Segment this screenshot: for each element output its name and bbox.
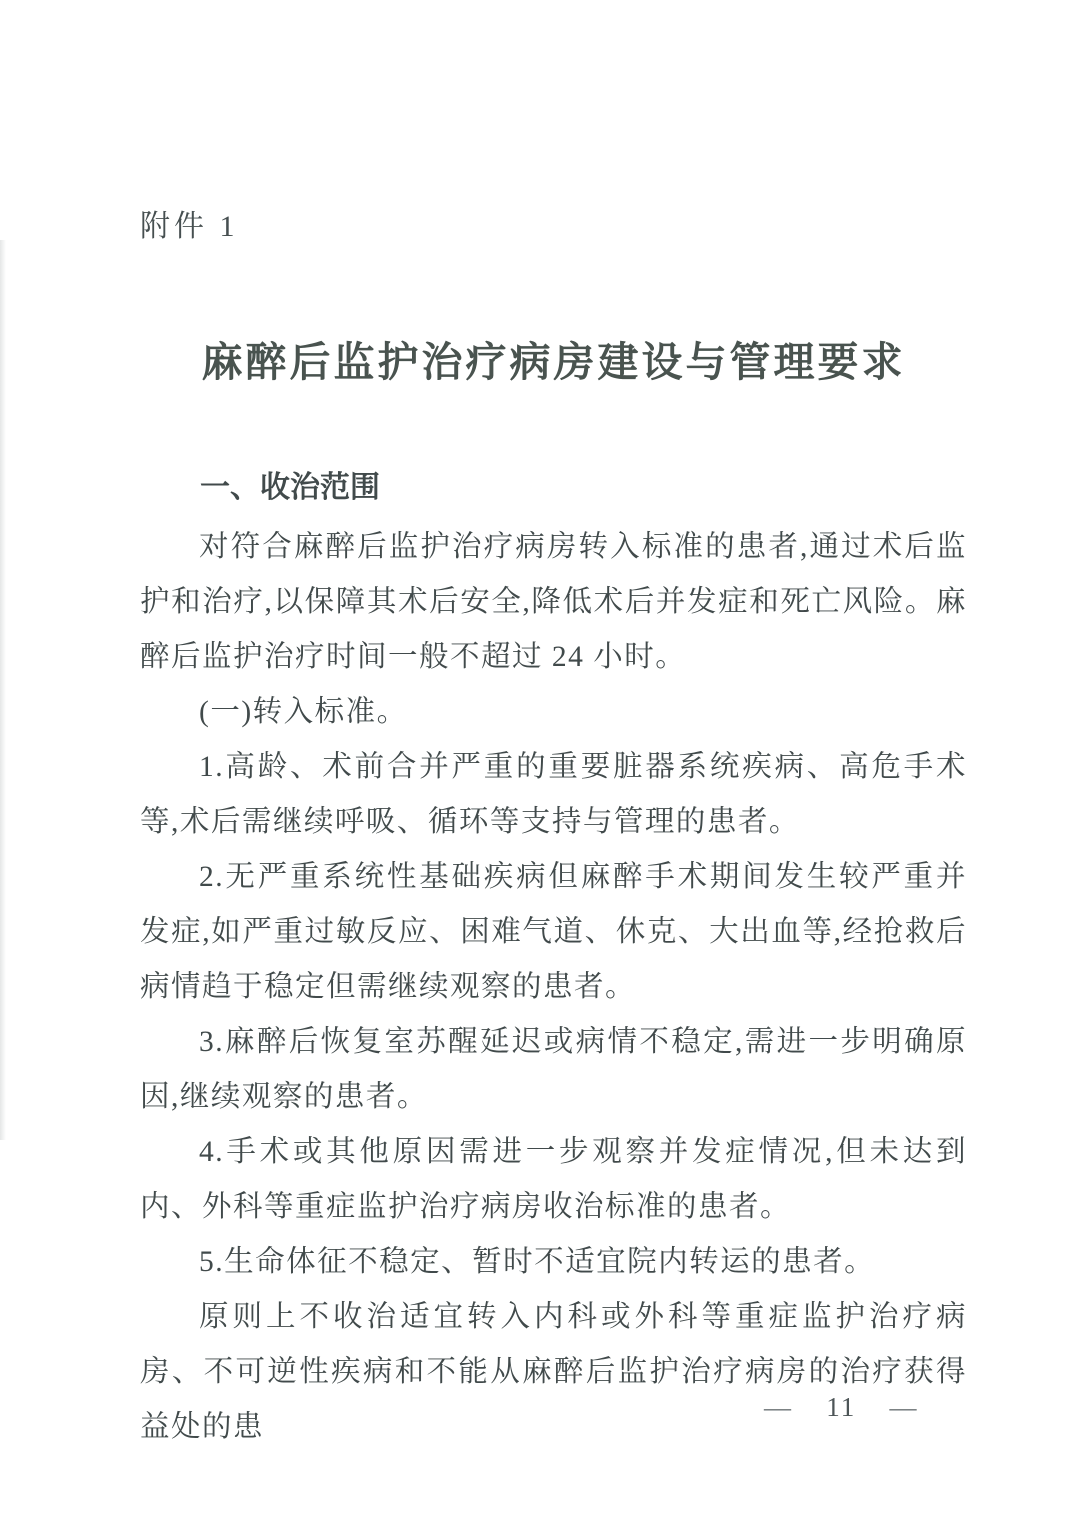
scan-edge-artifact <box>0 240 6 1140</box>
section-heading: 一、收治范围 <box>140 468 967 508</box>
document-page: 附件 1 麻醉后监护治疗病房建设与管理要求 一、收治范围 对符合麻醉后监护治疗病… <box>0 0 1080 1528</box>
paragraph: 原则上不收治适宜转入内科或外科等重症监护治疗病房、不可逆性疾病和不能从麻醉后监护… <box>140 1290 967 1455</box>
document-title: 麻醉后监护治疗病房建设与管理要求 <box>140 336 967 388</box>
attachment-label: 附件 1 <box>140 210 967 244</box>
section-body: 对符合麻醉后监护治疗病房转入标准的患者,通过术后监护和治疗,以保障其术后安全,降… <box>140 520 967 1455</box>
document-content: 附件 1 麻醉后监护治疗病房建设与管理要求 一、收治范围 对符合麻醉后监护治疗病… <box>140 210 967 1455</box>
page-number: — 11 — <box>753 1392 931 1423</box>
paragraph: 2.无严重系统性基础疾病但麻醉手术期间发生较严重并发症,如严重过敏反应、困难气道… <box>140 850 967 1015</box>
page-number-left-dash: — <box>753 1392 805 1423</box>
paragraph: 4.手术或其他原因需进一步观察并发症情况,但未达到内、外科等重症监护治疗病房收治… <box>140 1125 967 1235</box>
paragraph: 5.生命体征不稳定、暂时不适宜院内转运的患者。 <box>140 1235 967 1290</box>
paragraph: 3.麻醉后恢复室苏醒延迟或病情不稳定,需进一步明确原因,继续观察的患者。 <box>140 1015 967 1125</box>
paragraph: 对符合麻醉后监护治疗病房转入标准的患者,通过术后监护和治疗,以保障其术后安全,降… <box>140 520 967 685</box>
paragraph: (一)转入标准。 <box>140 685 967 740</box>
paragraph: 1.高龄、术前合并严重的重要脏器系统疾病、高危手术等,术后需继续呼吸、循环等支持… <box>140 740 967 850</box>
page-number-value: 11 <box>813 1392 869 1423</box>
page-number-right-dash: — <box>878 1392 930 1423</box>
